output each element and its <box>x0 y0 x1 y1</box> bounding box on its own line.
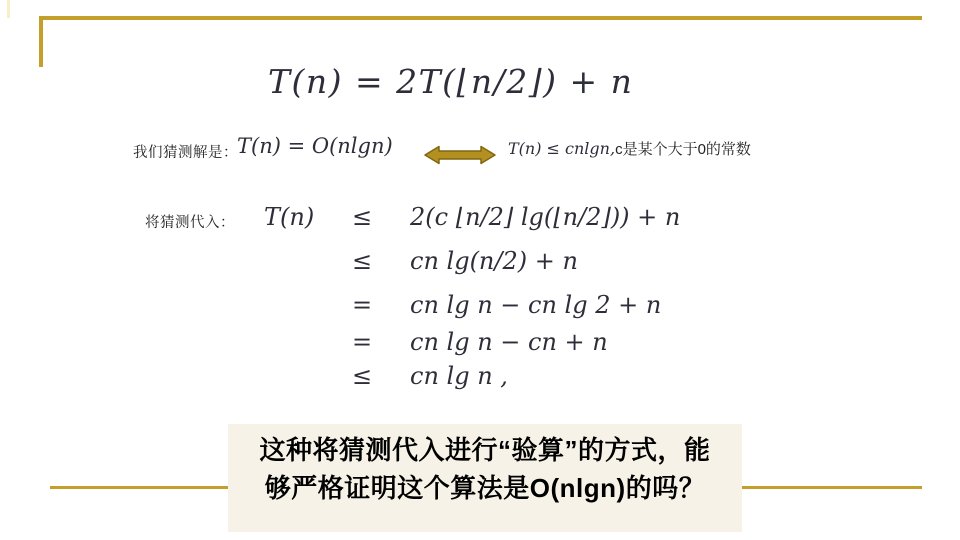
left-gold-rule <box>39 16 43 67</box>
relation-sign: ≤ <box>352 362 410 390</box>
pale-corner-accent <box>7 0 10 18</box>
derivation-expr: cn lg(n/2) + n <box>410 247 578 275</box>
derivation-step: = cn lg n − cn + n <box>264 328 608 356</box>
derivation-lhs-empty <box>264 291 352 319</box>
recurrence-formula: T(n) = 2T(⌊n/2⌋) + n <box>268 62 633 101</box>
double-arrow-icon <box>424 144 496 166</box>
derivation-expr: 2(c ⌊n/2⌋ lg(⌊n/2⌋)) + n <box>410 203 680 231</box>
derivation-step: ≤ cn lg n , <box>264 362 508 390</box>
guess-condition-math: T(n) ≤ cnlgn, <box>508 139 615 158</box>
substitution-label: 将猜测代入： <box>145 211 235 232</box>
question-line-2: 够严格证明这个算法是O(nlgn)的吗？ <box>228 469 742 507</box>
guess-condition: T(n) ≤ cnlgn,c是某个大于0的常数 <box>508 138 751 159</box>
derivation-step: T(n) ≤ 2(c ⌊n/2⌋ lg(⌊n/2⌋)) + n <box>264 203 680 231</box>
guess-formula: T(n) = O(nlgn) <box>237 134 393 158</box>
relation-sign: ≤ <box>352 203 410 231</box>
derivation-expr: cn lg n − cn lg 2 + n <box>410 291 661 319</box>
question-box: 这种将猜测代入进行“验算”的方式，能 够严格证明这个算法是O(nlgn)的吗？ <box>228 424 742 532</box>
guess-condition-note: c是某个大于0的常数 <box>615 141 751 158</box>
guess-label: 我们猜测解是： <box>133 141 238 162</box>
top-gold-rule <box>39 16 922 20</box>
derivation-lhs-empty <box>264 362 352 390</box>
derivation-lhs-empty <box>264 328 352 356</box>
derivation-expr: cn lg n , <box>410 362 508 390</box>
relation-sign: = <box>352 291 410 319</box>
derivation-step: ≤ cn lg(n/2) + n <box>264 247 578 275</box>
derivation-lhs: T(n) <box>264 203 352 231</box>
relation-sign: ≤ <box>352 247 410 275</box>
derivation-expr: cn lg n − cn + n <box>410 328 608 356</box>
question-line-1: 这种将猜测代入进行“验算”的方式，能 <box>228 431 742 469</box>
derivation-lhs-empty <box>264 247 352 275</box>
derivation-step: = cn lg n − cn lg 2 + n <box>264 291 661 319</box>
presentation-slide: T(n) = 2T(⌊n/2⌋) + n 我们猜测解是： T(n) = O(nl… <box>0 0 960 540</box>
relation-sign: = <box>352 328 410 356</box>
